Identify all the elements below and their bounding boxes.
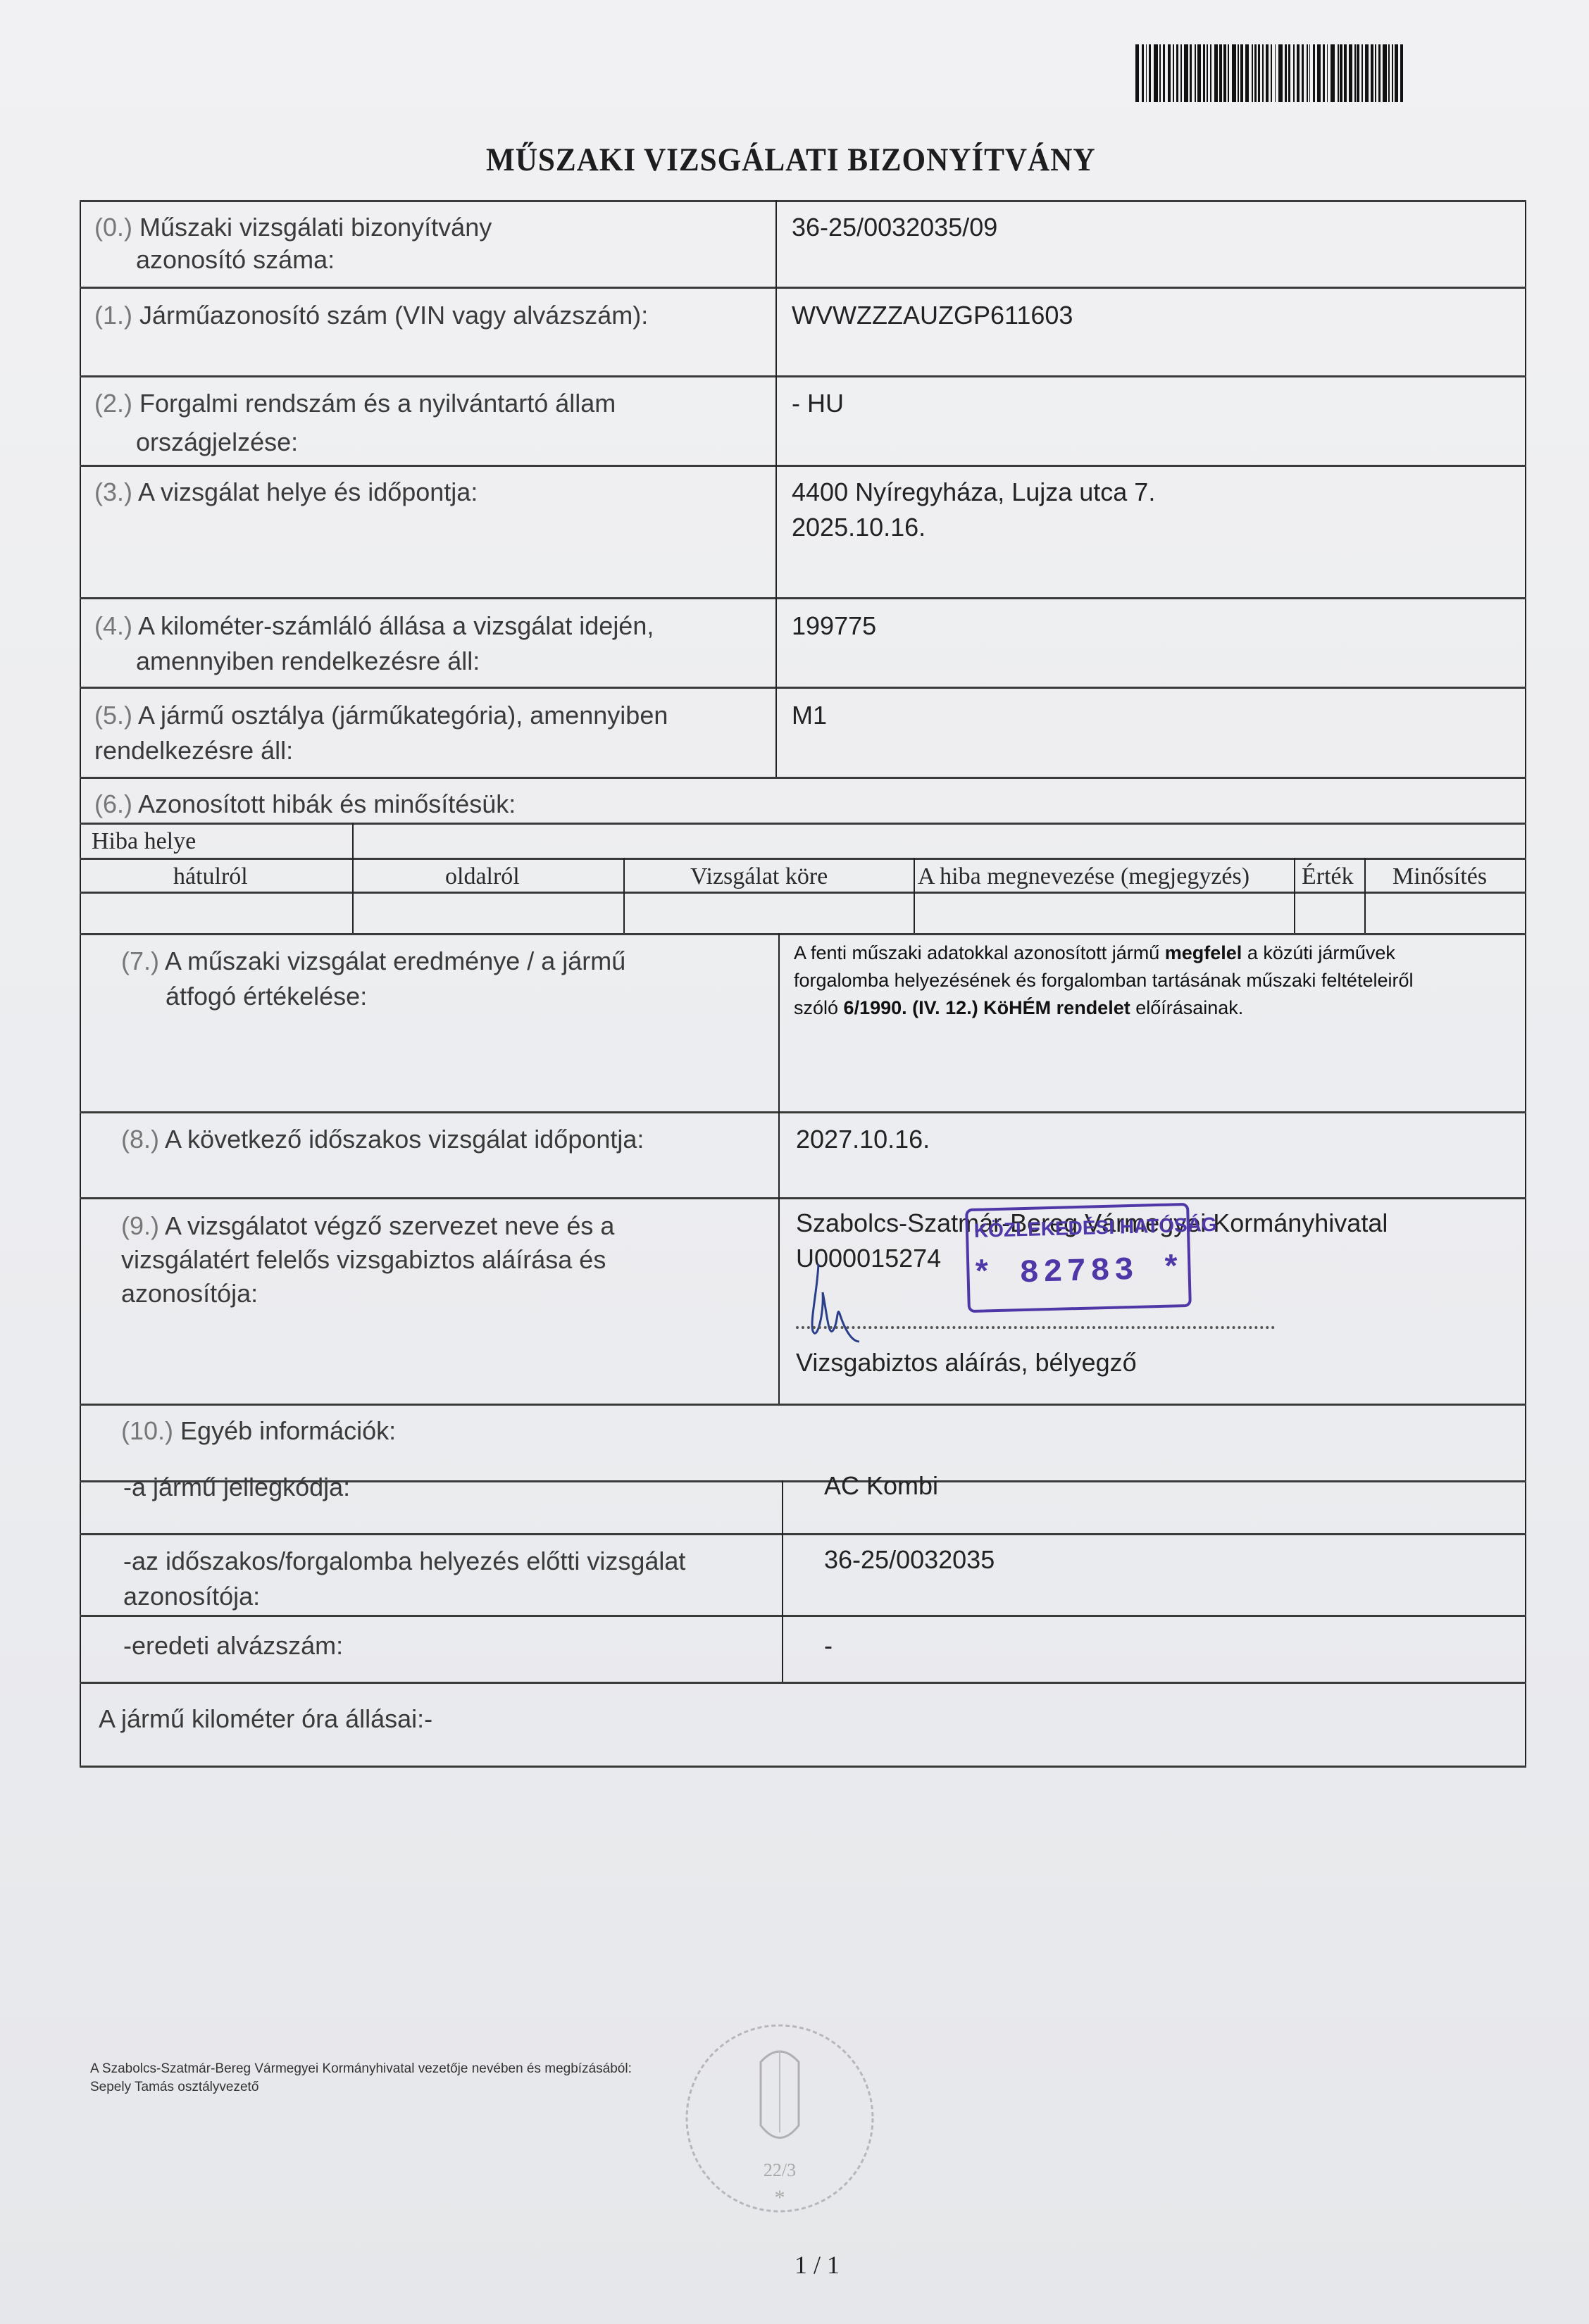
vehicle-type-code-value: AC Kombi bbox=[824, 1468, 938, 1504]
vehicle-type-code-label: -a jármű jellegkódja: bbox=[123, 1470, 350, 1505]
row-9-label-cont: vizsgálatért felelős vizsgabiztos aláírá… bbox=[121, 1242, 606, 1277]
row-9-label-cont2: azonosítója: bbox=[121, 1276, 258, 1311]
divider bbox=[80, 1111, 1526, 1113]
authority-stamp: KÖZLEKEDÉSI HATÓSÁG * 82783 * bbox=[965, 1203, 1192, 1313]
defect-col-rear: hátulról bbox=[173, 859, 248, 894]
column-divider bbox=[1294, 858, 1295, 933]
previous-inspection-value: 36-25/0032035 bbox=[824, 1542, 995, 1578]
certificate-page: MŰSZAKI VIZSGÁLATI BIZONYÍTVÁNY (0.) Műs… bbox=[0, 0, 1589, 2324]
defect-col-value: Érték bbox=[1302, 859, 1354, 894]
row-0-label-cont: azonosító száma: bbox=[136, 242, 335, 277]
official-seal-icon: 22/3 * bbox=[678, 2020, 882, 2217]
row-2-label: (2.) Forgalmi rendszám és a nyilvántartó… bbox=[94, 386, 616, 421]
divider bbox=[80, 200, 1526, 202]
page-number: 1 / 1 bbox=[794, 2250, 840, 2280]
divider bbox=[80, 597, 1526, 599]
row-4-label: (4.) A kilométer-számláló állása a vizsg… bbox=[94, 608, 654, 644]
row-1-label: (1.) Járműazonosító szám (VIN vagy alváz… bbox=[94, 298, 648, 333]
signature-caption: Vizsgabiztos aláírás, bélyegző bbox=[796, 1345, 1137, 1380]
row-3-label: (3.) A vizsgálat helye és időpontja: bbox=[94, 475, 478, 510]
vehicle-category-value: M1 bbox=[792, 698, 827, 733]
row-10-label: (10.) Egyéb információk: bbox=[121, 1413, 396, 1449]
row-7-label: (7.) A műszaki vizsgálat eredménye / a j… bbox=[121, 944, 625, 979]
document-title: MŰSZAKI VIZSGÁLATI BIZONYÍTVÁNY bbox=[486, 141, 1095, 179]
footer-signatory: Sepely Tamás osztályvezető bbox=[90, 2078, 258, 2097]
odometer-readings: A jármű kilométer óra állásai:- bbox=[99, 1701, 432, 1737]
defect-col-scope: Vizsgálat köre bbox=[690, 859, 828, 894]
result-statement-line3: szóló 6/1990. (IV. 12.) KöHÉM rendelet e… bbox=[794, 994, 1243, 1022]
divider bbox=[80, 1682, 1526, 1684]
column-divider bbox=[1364, 858, 1366, 933]
result-statement-line1: A fenti műszaki adatokkal azonosított já… bbox=[794, 939, 1395, 967]
divider bbox=[80, 1766, 1526, 1768]
row-0-label: (0.) Műszaki vizsgálati bizonyítvány bbox=[94, 210, 492, 245]
divider bbox=[80, 777, 1526, 779]
signature-line bbox=[796, 1326, 1275, 1329]
svg-text:22/3: 22/3 bbox=[764, 2160, 796, 2180]
defect-col-rating: Minősítés bbox=[1392, 859, 1487, 894]
signature-icon bbox=[803, 1264, 895, 1349]
next-inspection-date: 2027.10.16. bbox=[796, 1122, 930, 1157]
divider bbox=[80, 933, 1526, 935]
row-5-label-cont: rendelkezésre áll: bbox=[94, 733, 293, 768]
odometer-value: 199775 bbox=[792, 608, 876, 644]
column-divider bbox=[775, 200, 777, 777]
row-2-label-cont: országjelzése: bbox=[136, 425, 298, 460]
previous-inspection-label-cont: azonosítója: bbox=[123, 1579, 260, 1614]
divider bbox=[80, 687, 1526, 689]
divider bbox=[80, 465, 1526, 467]
row-8-label: (8.) A következő időszakos vizsgálat idő… bbox=[121, 1122, 644, 1157]
divider bbox=[80, 1197, 1526, 1199]
svg-text:*: * bbox=[775, 2186, 785, 2209]
column-divider bbox=[914, 858, 915, 933]
footer-authority-line: A Szabolcs-Szatmár-Bereg Vármegyei Kormá… bbox=[90, 2060, 632, 2078]
defect-location-header: Hiba helye bbox=[92, 824, 196, 859]
row-4-label-cont: amennyiben rendelkezésre áll: bbox=[136, 644, 480, 679]
divider bbox=[80, 287, 1526, 289]
row-7-label-cont: átfogó értékelése: bbox=[166, 979, 367, 1014]
row-5-label: (5.) A jármű osztálya (járműkategória), … bbox=[94, 698, 668, 733]
column-divider bbox=[778, 933, 780, 1404]
result-statement-line2: forgalomba helyezésének és forgalomban t… bbox=[794, 966, 1413, 994]
column-divider bbox=[782, 1480, 783, 1682]
row-6-label: (6.) Azonosított hibák és minősítésük: bbox=[94, 787, 516, 822]
column-divider bbox=[623, 858, 625, 933]
inspection-date: 2025.10.16. bbox=[792, 510, 926, 545]
divider bbox=[80, 375, 1526, 377]
row-9-label: (9.) A vizsgálatot végző szervezet neve … bbox=[121, 1208, 614, 1244]
barcode-icon bbox=[1135, 44, 1502, 102]
original-chassis-value: - bbox=[824, 1628, 833, 1663]
table-left-border bbox=[80, 200, 81, 1767]
original-chassis-label: -eredeti alvázszám: bbox=[123, 1628, 343, 1663]
divider bbox=[80, 1404, 1526, 1406]
column-divider bbox=[352, 823, 354, 933]
table-right-border bbox=[1525, 200, 1526, 1767]
vin-value: WVWZZZAUZGP611603 bbox=[792, 298, 1073, 333]
inspection-place: 4400 Nyíregyháza, Lujza utca 7. bbox=[792, 475, 1155, 510]
certificate-number: 36-25/0032035/09 bbox=[792, 210, 997, 245]
divider bbox=[80, 823, 1526, 825]
divider bbox=[80, 1615, 1526, 1617]
defect-col-side: oldalról bbox=[445, 859, 520, 894]
divider bbox=[80, 1533, 1526, 1535]
previous-inspection-label: -az időszakos/forgalomba helyezés előtti… bbox=[123, 1544, 685, 1579]
registration-value: - HU bbox=[792, 386, 844, 421]
defect-col-description: A hiba megnevezése (megjegyzés) bbox=[918, 859, 1250, 894]
